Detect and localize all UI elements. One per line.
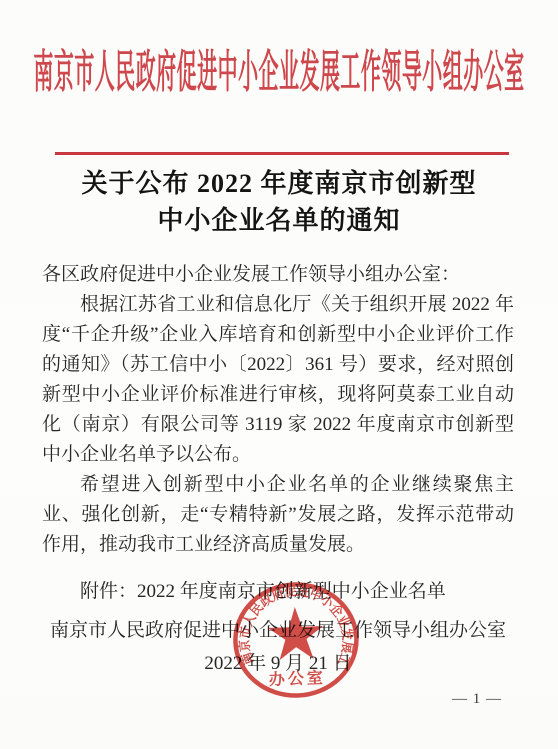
letterhead-divider-line <box>55 152 509 155</box>
body-paragraph-1: 根据江苏省工业和信息化厅《关于组织开展 2022 年度“千企升级”企业入库培育和… <box>42 290 514 470</box>
page-number: — 1 — <box>452 691 502 708</box>
attachment-line: 附件：2022 年度南京市创新型中小企业名单 <box>42 577 514 607</box>
signature-block: 南京市人民政府促进中小企业发展工作领导小组办公室 2022 年 9 月 21 日 <box>50 616 506 679</box>
body-paragraph-2: 希望进入创新型中小企业名单的企业继续聚焦主业、强化创新，走“专精特新”发展之路，… <box>42 470 514 560</box>
signature-date: 2022 年 9 月 21 日 <box>50 649 506 679</box>
document-title-line2: 中小企业名单的通知 <box>0 202 558 239</box>
document-page: 南京市人民政府促进中小企业发展工作领导小组办公室 关于公布 2022 年度南京市… <box>0 0 558 749</box>
document-body: 各区政府促进中小企业发展工作领导小组办公室： 根据江苏省工业和信息化厅《关于组织… <box>42 260 514 607</box>
letterhead-org-name: 南京市人民政府促进中小企业发展工作领导小组办公室 <box>33 46 524 98</box>
letterhead: 南京市人民政府促进中小企业发展工作领导小组办公室 <box>0 46 558 98</box>
document-title-line1: 关于公布 2022 年度南京市创新型 <box>0 165 558 202</box>
salutation-line: 各区政府促进中小企业发展工作领导小组办公室： <box>42 260 514 290</box>
document-title: 关于公布 2022 年度南京市创新型 中小企业名单的通知 <box>0 165 558 239</box>
signature-org-name: 南京市人民政府促进中小企业发展工作领导小组办公室 <box>50 616 506 646</box>
